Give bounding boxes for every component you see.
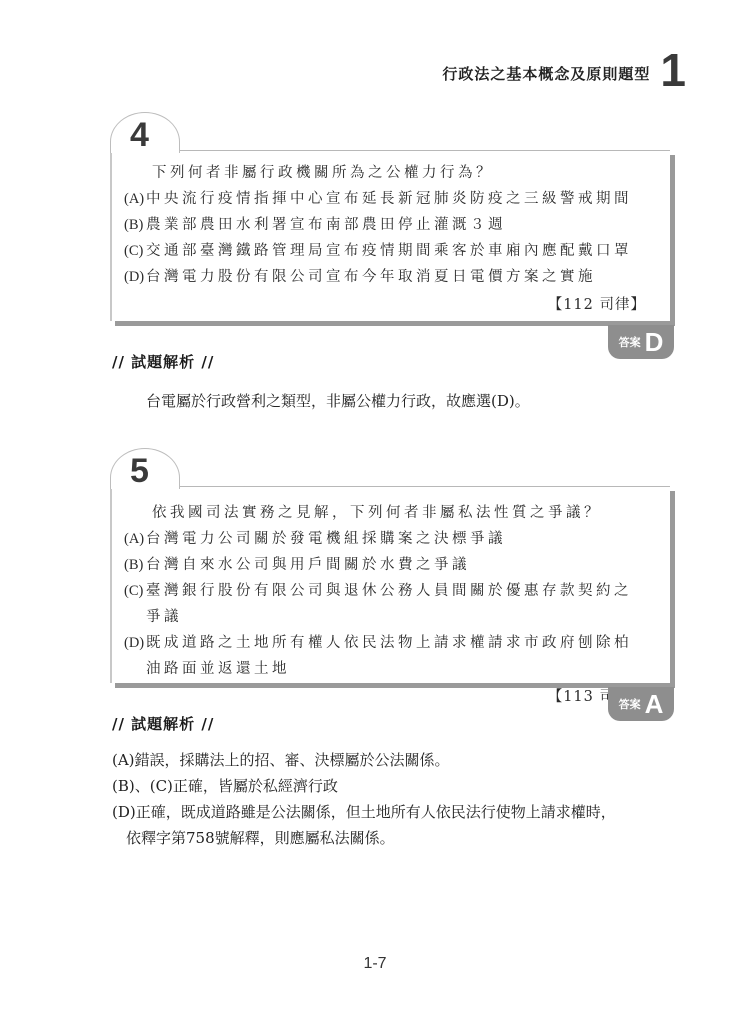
running-head: 行政法之基本概念及原則題型 1 xyxy=(442,50,686,90)
option-label: (C) xyxy=(124,578,146,630)
analysis-heading: // 試題解析 // xyxy=(112,351,214,372)
question-stem: 下列何者非屬行政機關所為之公權力行為？ xyxy=(124,160,646,186)
option-c: (C)臺灣銀行股份有限公司與退休公務人員間關於優惠存款契約之爭議 xyxy=(124,578,646,630)
analysis-line: 台電屬於行政營利之類型，非屬公權力行政，故應選(D)。 xyxy=(112,388,672,414)
option-text: 台灣電力股份有限公司宣布今年取消夏日電價方案之實施 xyxy=(146,264,596,290)
chapter-number: 1 xyxy=(660,50,686,90)
analysis-heading: // 試題解析 // xyxy=(112,713,214,734)
option-b: (B)農業部農田水利署宣布南部農田停止灌溉３週 xyxy=(124,212,646,238)
option-text: 台灣電力公司關於發電機組採購案之決標爭議 xyxy=(146,526,506,552)
option-text: 既成道路之土地所有權人依民法物上請求權請求市政府刨除柏油路面並返還土地 xyxy=(146,630,646,682)
option-label: (D) xyxy=(124,264,146,290)
option-label: (A) xyxy=(124,526,146,552)
option-label: (A) xyxy=(124,186,146,212)
analysis-line: (B)、(C)正確，皆屬於私經濟行政 xyxy=(112,773,672,799)
page-number: 1-7 xyxy=(0,955,750,973)
answer-value: D xyxy=(645,327,664,358)
option-text: 臺灣銀行股份有限公司與退休公務人員間關於優惠存款契約之爭議 xyxy=(146,578,646,630)
question-number: 5 xyxy=(130,452,149,491)
option-text: 台灣自來水公司與用戶間關於水費之爭議 xyxy=(146,552,470,578)
chapter-title: 行政法之基本概念及原則題型 xyxy=(442,63,650,90)
exam-source: 【112 司律】 xyxy=(124,292,646,318)
option-label: (C) xyxy=(124,238,146,264)
option-label: (D) xyxy=(124,630,146,682)
option-a: (A)台灣電力公司關於發電機組採購案之決標爭議 xyxy=(124,526,646,552)
answer-badge: 答案 A xyxy=(608,687,674,721)
answer-value: A xyxy=(645,689,664,720)
question-number: 4 xyxy=(130,116,149,155)
answer-label: 答案 xyxy=(619,696,641,712)
analysis-line: (D)正確，既成道路雖是公法關係，但土地所有人依民法行使物上請求權時， xyxy=(112,799,672,825)
analysis-body: 台電屬於行政營利之類型，非屬公權力行政，故應選(D)。 xyxy=(112,388,672,414)
option-text: 中央流行疫情指揮中心宣布延長新冠肺炎防疫之三級警戒期間 xyxy=(146,186,632,212)
option-label: (B) xyxy=(124,552,146,578)
question-card-5: 5 依我國司法實務之見解，下列何者非屬私法性質之爭議？ (A)台灣電力公司關於發… xyxy=(110,448,670,718)
option-d: (D)台灣電力股份有限公司宣布今年取消夏日電價方案之實施 xyxy=(124,264,646,290)
option-c: (C)交通部臺灣鐵路管理局宣布疫情期間乘客於車廂內應配戴口罩 xyxy=(124,238,646,264)
analysis-body: (A)錯誤，採購法上的招、審、決標屬於公法關係。 (B)、(C)正確，皆屬於私經… xyxy=(112,747,672,851)
question-content: 下列何者非屬行政機關所為之公權力行為？ (A)中央流行疫情指揮中心宣布延長新冠肺… xyxy=(124,160,646,318)
option-text: 交通部臺灣鐵路管理局宣布疫情期間乘客於車廂內應配戴口罩 xyxy=(146,238,632,264)
option-text: 農業部農田水利署宣布南部農田停止灌溉３週 xyxy=(146,212,506,238)
answer-badge: 答案 D xyxy=(608,325,674,359)
analysis-line: 依釋字第758號解釋，則應屬私法關係。 xyxy=(112,825,672,851)
exam-source: 【113 司律】 xyxy=(124,684,646,710)
option-b: (B)台灣自來水公司與用戶間關於水費之爭議 xyxy=(124,552,646,578)
question-card-4: 4 下列何者非屬行政機關所為之公權力行為？ (A)中央流行疫情指揮中心宣布延長新… xyxy=(110,112,670,352)
option-d: (D)既成道路之土地所有權人依民法物上請求權請求市政府刨除柏油路面並返還土地 xyxy=(124,630,646,682)
question-stem: 依我國司法實務之見解，下列何者非屬私法性質之爭議？ xyxy=(124,500,646,526)
option-label: (B) xyxy=(124,212,146,238)
answer-label: 答案 xyxy=(619,334,641,350)
option-a: (A)中央流行疫情指揮中心宣布延長新冠肺炎防疫之三級警戒期間 xyxy=(124,186,646,212)
question-content: 依我國司法實務之見解，下列何者非屬私法性質之爭議？ (A)台灣電力公司關於發電機… xyxy=(124,500,646,710)
analysis-line: (A)錯誤，採購法上的招、審、決標屬於公法關係。 xyxy=(112,747,672,773)
